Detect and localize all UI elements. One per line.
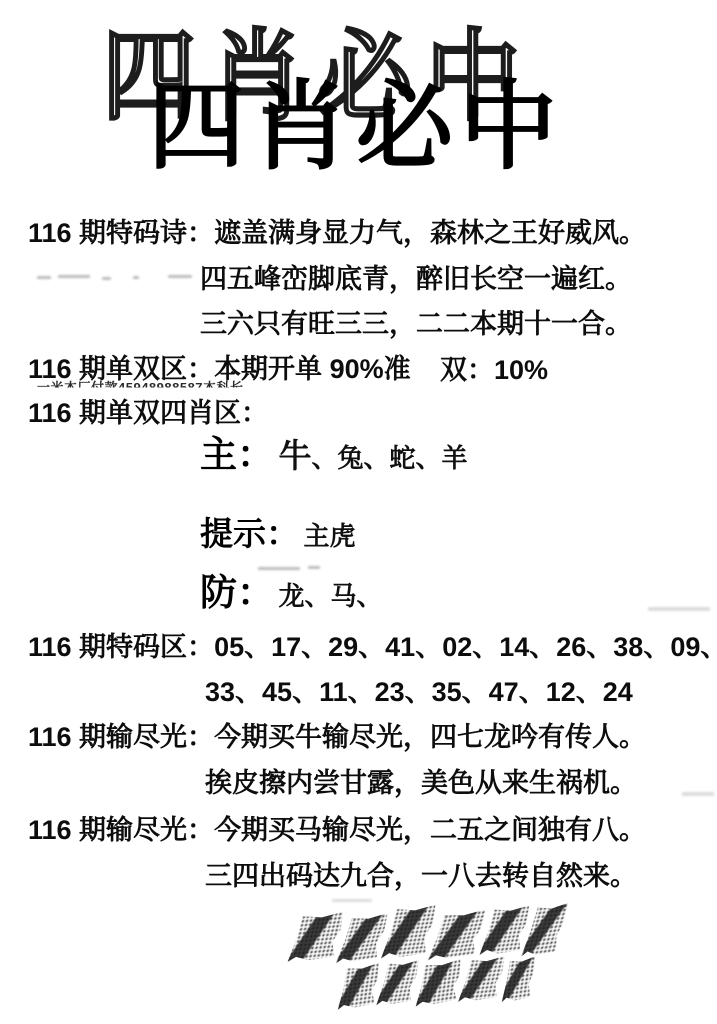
tema-numbers-2: 33、45、11、23、35、47、12、24 xyxy=(205,677,633,707)
poem-text-2: 四五峰峦脚底青，醉旧长空一遍红。 xyxy=(200,264,632,294)
sixiao-label: 116 期单双四肖区： xyxy=(28,398,268,428)
shujinguang1-text-2: 挨皮擦内尝甘露，美色从来生祸机。 xyxy=(205,768,637,798)
shujinguang2-line-2: 三四出码达九合，一八去转自然来。 xyxy=(205,861,637,892)
zhu-line: 主： 牛、兔、蛇、羊 xyxy=(200,434,467,477)
watermark-glyph xyxy=(376,960,420,1006)
watermark-glyph xyxy=(287,912,345,962)
shujinguang2-label: 116 期输尽光： xyxy=(28,815,214,845)
smudge-mark xyxy=(58,275,90,278)
tema-label: 116 期特码区： xyxy=(28,632,214,662)
shujinguang1-line-2: 挨皮擦内尝甘露，美色从来生祸机。 xyxy=(205,768,637,799)
smudge-mark xyxy=(648,607,710,611)
watermark-glyph xyxy=(427,909,487,961)
smudge-mark xyxy=(133,276,139,279)
watermark-glyph xyxy=(458,956,506,1002)
page-title: 四肖必中 四肖必中 xyxy=(102,30,662,200)
poem-text-3: 三六只有旺三三，二二本期十一合。 xyxy=(200,309,632,339)
poem-label: 116 期特码诗： xyxy=(28,218,214,248)
shujinguang2-text-2: 三四出码达九合，一八去转自然来。 xyxy=(205,861,637,891)
poem-line-3: 三六只有旺三三，二二本期十一合。 xyxy=(200,309,632,340)
shujinguang2-line-1: 116 期输尽光：今期买马输尽光，二五之间独有八。 xyxy=(28,815,646,846)
poem-line-1: 116 期特码诗：遮盖满身显力气，森林之王好威风。 xyxy=(28,218,646,249)
poem-line-2: 四五峰峦脚底青，醉旧长空一遍红。 xyxy=(200,264,632,295)
smudge-mark xyxy=(258,567,300,570)
tishi-label: 提示： xyxy=(200,515,299,552)
smudge-mark xyxy=(682,792,714,796)
tema-numbers-1: 05、17、29、41、02、14、26、38、09、21、 xyxy=(214,632,717,662)
sixiao-header: 116 期单双四肖区： xyxy=(28,398,268,429)
shujinguang1-text-1: 今期买牛输尽光，四七龙吟有传人。 xyxy=(214,722,646,752)
danshuang-dan-value: 本期开单 90%准 xyxy=(214,354,411,384)
tishi-value: 主虎 xyxy=(303,521,355,551)
smudge-mark xyxy=(332,899,372,902)
zhu-rest-animals: 、兔、蛇、羊 xyxy=(311,443,467,473)
smudge-mark xyxy=(102,277,111,280)
shujinguang1-line-1: 116 期输尽光：今期买牛输尽光，四七龙吟有传人。 xyxy=(28,722,646,753)
watermark-row-2 xyxy=(340,956,534,1006)
fang-label: 防： xyxy=(200,572,274,613)
watermark-glyph xyxy=(415,959,462,1007)
watermark-glyph xyxy=(502,956,536,1002)
smudge-mark xyxy=(37,276,51,279)
watermark-glyph xyxy=(381,905,437,959)
tishi-line: 提示： 主虎 xyxy=(200,515,355,553)
fang-value: 龙、马、 xyxy=(278,581,382,611)
fine-print-scan-text: 一米本厂付款45948988587本科长 xyxy=(37,377,244,387)
zhu-first-animal: 牛 xyxy=(278,437,311,474)
page-title-solid-text: 四肖必中 xyxy=(148,78,564,175)
danshuang-shuang-value: 双：10% xyxy=(440,355,548,386)
watermark-row-1 xyxy=(292,901,564,960)
watermark-glyph xyxy=(335,913,389,964)
shujinguang2-text-1: 今期买马输尽光，二五之间独有八。 xyxy=(214,815,646,845)
tema-line-1: 116 期特码区：05、17、29、41、02、14、26、38、09、21、 xyxy=(28,632,717,663)
smudge-mark xyxy=(308,566,320,569)
tip-sheet-page: 四肖必中 四肖必中 116 期特码诗：遮盖满身显力气，森林之王好威风。 四五峰峦… xyxy=(0,0,717,1024)
shujinguang1-label: 116 期输尽光： xyxy=(28,722,214,752)
watermark-glyph xyxy=(338,963,380,1010)
fang-line: 防： 龙、马、 xyxy=(200,572,382,615)
tema-line-2: 33、45、11、23、35、47、12、24 xyxy=(205,677,633,708)
zhu-label: 主： xyxy=(200,434,274,475)
poem-text-1: 遮盖满身显力气，森林之王好威风。 xyxy=(214,218,646,248)
watermark-glyph xyxy=(479,905,530,955)
smudge-mark xyxy=(168,275,192,278)
